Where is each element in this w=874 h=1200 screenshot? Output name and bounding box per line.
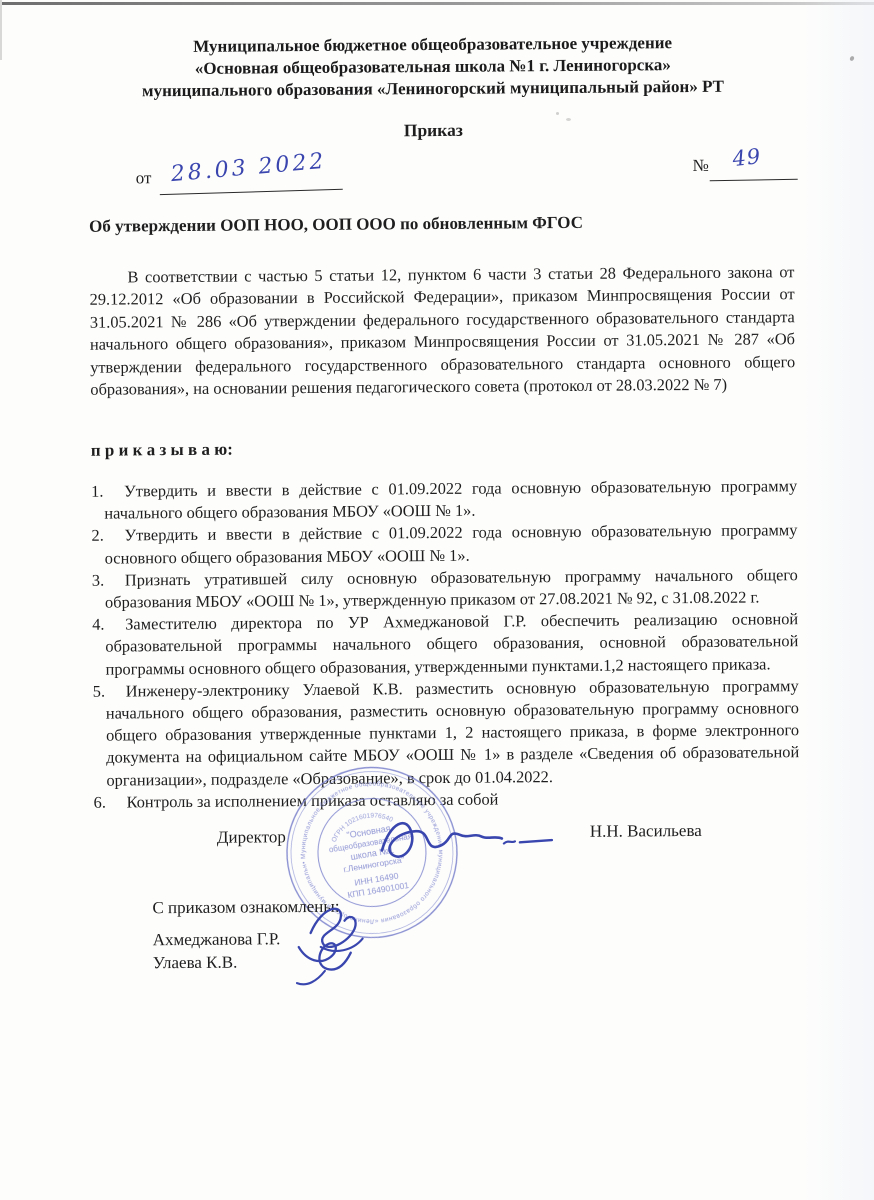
item-number: 4. — [92, 614, 104, 636]
item-text: Утвердить и ввести в действие с 01.09.20… — [104, 476, 797, 523]
item-text: Заместителю директора по УР Ахмеджановой… — [105, 609, 798, 678]
director-signature-scribble — [368, 805, 559, 878]
date-underline — [160, 189, 343, 195]
order-subject: Об утверждении ООП НОО, ООП ООО по обнов… — [89, 211, 799, 237]
item-number: 3. — [92, 569, 104, 591]
number-underline — [710, 179, 798, 182]
item-text: Инженеру-электронику Улаевой К.В. размес… — [106, 676, 799, 789]
item-text: Утвердить и ввести в действие с 01.09.20… — [105, 521, 798, 568]
number-label: № — [693, 156, 709, 176]
date-label: от — [136, 168, 152, 188]
document-title: Приказ — [0, 117, 870, 145]
director-title: Директор — [217, 827, 286, 848]
item-number: 5. — [93, 680, 105, 702]
order-item: 2. Утвердить и ввести в действие с 01.09… — [91, 520, 797, 570]
item-number: 2. — [91, 525, 103, 547]
acknowledgee-name: Ахмеджанова Г.Р. — [153, 929, 281, 950]
item-number: 6. — [93, 791, 105, 813]
decree-word: п р и к а з ы в а ю: — [91, 440, 233, 461]
acknowledgee-signature-2 — [285, 934, 377, 991]
preamble-paragraph: В соответствии с частью 5 статьи 12, пун… — [89, 261, 795, 401]
scanned-order-document: Муниципальное бюджетное общеобразователь… — [0, 0, 874, 1200]
order-item: 1. Утвердить и ввести в действие с 01.09… — [91, 475, 797, 525]
order-item: 3. Признать утратившей силу основную обр… — [92, 564, 798, 614]
director-name: Н.Н. Васильева — [590, 821, 702, 842]
item-number: 1. — [91, 481, 103, 503]
handwritten-date: 28.03 2022 — [170, 149, 328, 187]
item-text: Признать утратившей силу основную образо… — [105, 565, 798, 612]
order-item: 4. Заместителю директора по УР Ахмеджано… — [92, 608, 799, 680]
organization-header: Муниципальное бюджетное общеобразователь… — [0, 31, 870, 104]
handwritten-number: 49 — [731, 144, 762, 171]
acknowledgee-name: Улаева К.В. — [153, 953, 238, 974]
